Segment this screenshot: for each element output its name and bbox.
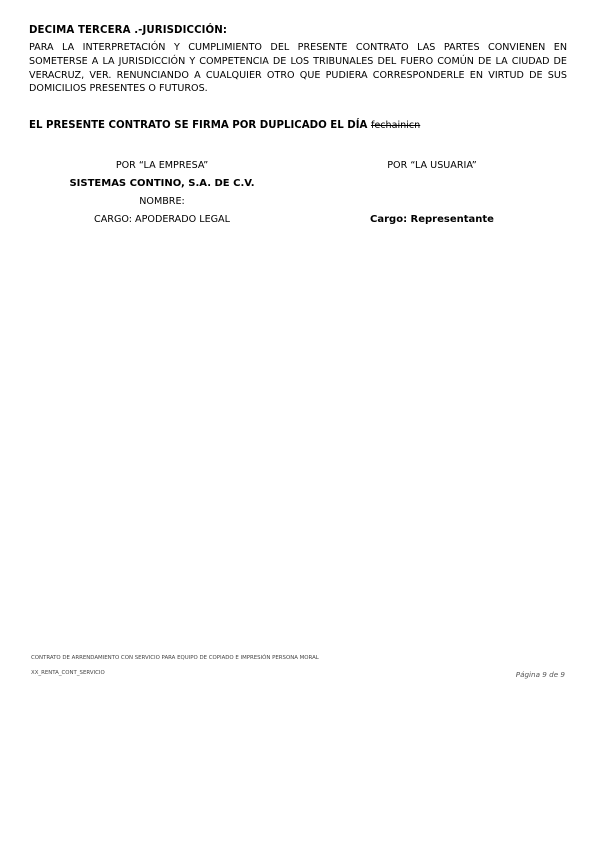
clause-body: PARA LA INTERPRETACIÓN Y CUMPLIMIENTO DE…: [29, 41, 567, 96]
client-spacer-1: [342, 177, 522, 195]
company-role: CARGO: APODERADO LEGAL: [62, 213, 262, 231]
signing-statement-text: EL PRESENTE CONTRATO SE FIRMA POR DUPLIC…: [29, 120, 367, 131]
document-page: DECIMA TERCERA .-JURISDICCIÓN: PARA LA I…: [0, 0, 595, 842]
signing-date-placeholder: fechainicn: [371, 120, 420, 131]
footer-document-title: CONTRATO DE ARRENDAMIENTO CON SERVICIO P…: [31, 655, 319, 661]
company-name-field: NOMBRE:: [62, 195, 262, 213]
footer-document-code: XX_RENTA_CONT_SERVICIO: [31, 670, 105, 676]
client-label: POR “LA USUARIA”: [342, 159, 522, 177]
signature-block-company: POR “LA EMPRESA” SISTEMAS CONTINO, S.A. …: [62, 159, 262, 231]
clause-heading: DECIMA TERCERA .-JURISDICCIÓN:: [29, 25, 227, 36]
company-name: SISTEMAS CONTINO, S.A. DE C.V.: [62, 177, 262, 195]
signing-statement: EL PRESENTE CONTRATO SE FIRMA POR DUPLIC…: [29, 120, 420, 131]
client-role: Cargo: Representante: [342, 213, 522, 231]
signature-block-client: POR “LA USUARIA” Cargo: Representante: [342, 159, 522, 231]
client-spacer-2: [342, 195, 522, 213]
company-label: POR “LA EMPRESA”: [62, 159, 262, 177]
footer-page-number: Página 9 de 9: [516, 670, 565, 679]
